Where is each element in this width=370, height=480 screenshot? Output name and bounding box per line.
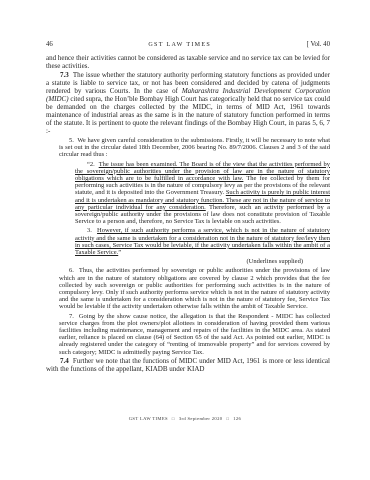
page-body: and hence their activities cannot be con… [46, 54, 330, 373]
quote-clause-2: “2. The issue has been examined. The Boa… [75, 161, 330, 226]
page-number: 46 [46, 41, 53, 49]
footer-date: 3rd September 2020 [179, 416, 223, 421]
quote-clause-3: 3. However, if such authority performs a… [75, 227, 330, 256]
footer-page-number: 126 [233, 416, 241, 421]
volume-label: [ Vol. 40 [307, 41, 330, 49]
page-footer: GST LAW TIMES□3rd September 2020□126 [0, 416, 370, 422]
footer-journal-title: GST LAW TIMES [129, 416, 168, 421]
page-header: 46 GST LAW TIMES [ Vol. 40 [46, 41, 330, 49]
paragraph-7-3: 7.3 The issue whether the statutory auth… [46, 71, 330, 135]
square-separator-icon: □ [172, 416, 175, 421]
square-separator-icon: □ [226, 416, 229, 421]
underlines-supplied-note: (Underlines supplied) [46, 258, 330, 265]
quote-paragraph-5: 5. We have given careful consideration t… [59, 137, 330, 159]
journal-title: GST LAW TIMES [148, 41, 211, 49]
journal-page: 46 GST LAW TIMES [ Vol. 40 and hence the… [0, 0, 370, 480]
quote-paragraph-7: 7. Going by the show cause notice, the a… [59, 313, 330, 356]
quote-paragraph-6: 6. Thus, the activities performed by sov… [59, 267, 330, 310]
paragraph-7-4: 7.4 Further we note that the functions o… [46, 357, 330, 373]
paragraph-continuation: and hence their activities cannot be con… [46, 54, 330, 70]
